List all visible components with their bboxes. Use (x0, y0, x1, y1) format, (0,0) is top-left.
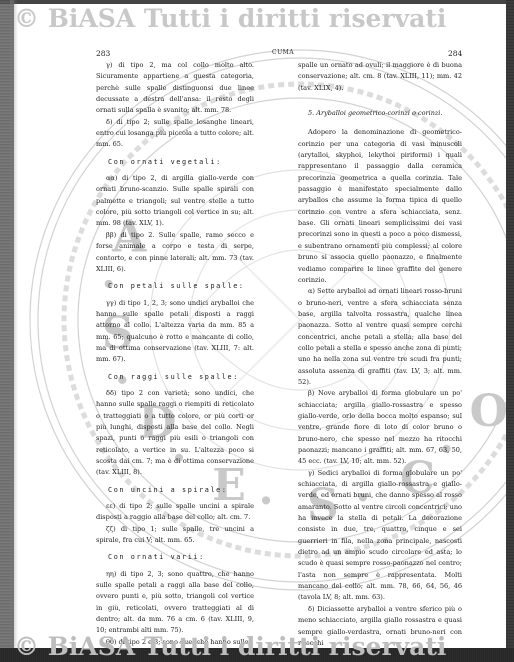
copyright-watermark-bottom: © BiASA Tutti i diritti riservati (14, 632, 446, 661)
paragraph: γ) di tipo 2, ma col collo molto alto. S… (96, 60, 254, 117)
scan-left-shadow (10, 0, 18, 662)
chapter-heading: 5. Aryballoi geometrico-corinzi o corinz… (308, 108, 462, 119)
section-heading: Con petali sulle spalle: (108, 281, 254, 292)
paragraph: ηη) di tipo 2, 3; sono quattro, che hann… (96, 569, 254, 637)
paragraph: β) Nove aryballoi di forma globulare un … (298, 388, 462, 467)
running-title: CUMA (272, 49, 294, 56)
paragraph: ζζ) di tipo 1; sulle spalle, tre uncini … (96, 524, 254, 547)
paragraph: δδ) tipo 2 con varietà; sono undici, che… (96, 388, 254, 479)
paragraph: ββ) di tipo 2. Sulle spalle, ramo secco … (96, 230, 254, 275)
paragraph: αα) di tipo 2, di argilla giallo-verde c… (96, 173, 254, 230)
section-heading: Con ornati vegetali: (108, 157, 254, 168)
section-heading: Con ornati varii: (108, 552, 254, 563)
paragraph: γγ) di tipo 1, 2, 3; sono undici aryball… (96, 298, 254, 366)
paragraph: γ) Sedici aryballoi di forma globulare u… (298, 468, 462, 604)
paragraph: spalle un ornato ad ovuli; il maggiore è… (298, 60, 462, 94)
paragraph: α) Sette aryballoi ad ornati lineari ros… (298, 286, 462, 388)
scan-right-edge (506, 0, 514, 662)
right-text-column: spalle un ornato ad ovuli; il maggiore è… (298, 60, 462, 649)
section-heading: Con raggi sulle spalle: (108, 372, 254, 383)
paragraph: δ) di tipo 2; sulle spalle losanghe line… (96, 117, 254, 151)
page-number-right: 284 (448, 49, 462, 58)
paragraph: Adopero la denominazione di geometrico-c… (298, 127, 462, 286)
section-heading: Con uncini a spirale: (108, 485, 254, 496)
left-text-column: γ) di tipo 2, ma col collo molto alto. S… (96, 60, 254, 648)
page-number-left: 283 (96, 49, 110, 58)
copyright-watermark-top: © BiASA Tutti i diritti riservati (14, 4, 446, 33)
paragraph: εε) di tipo 2; sulle spalle uncini a spi… (96, 501, 254, 524)
